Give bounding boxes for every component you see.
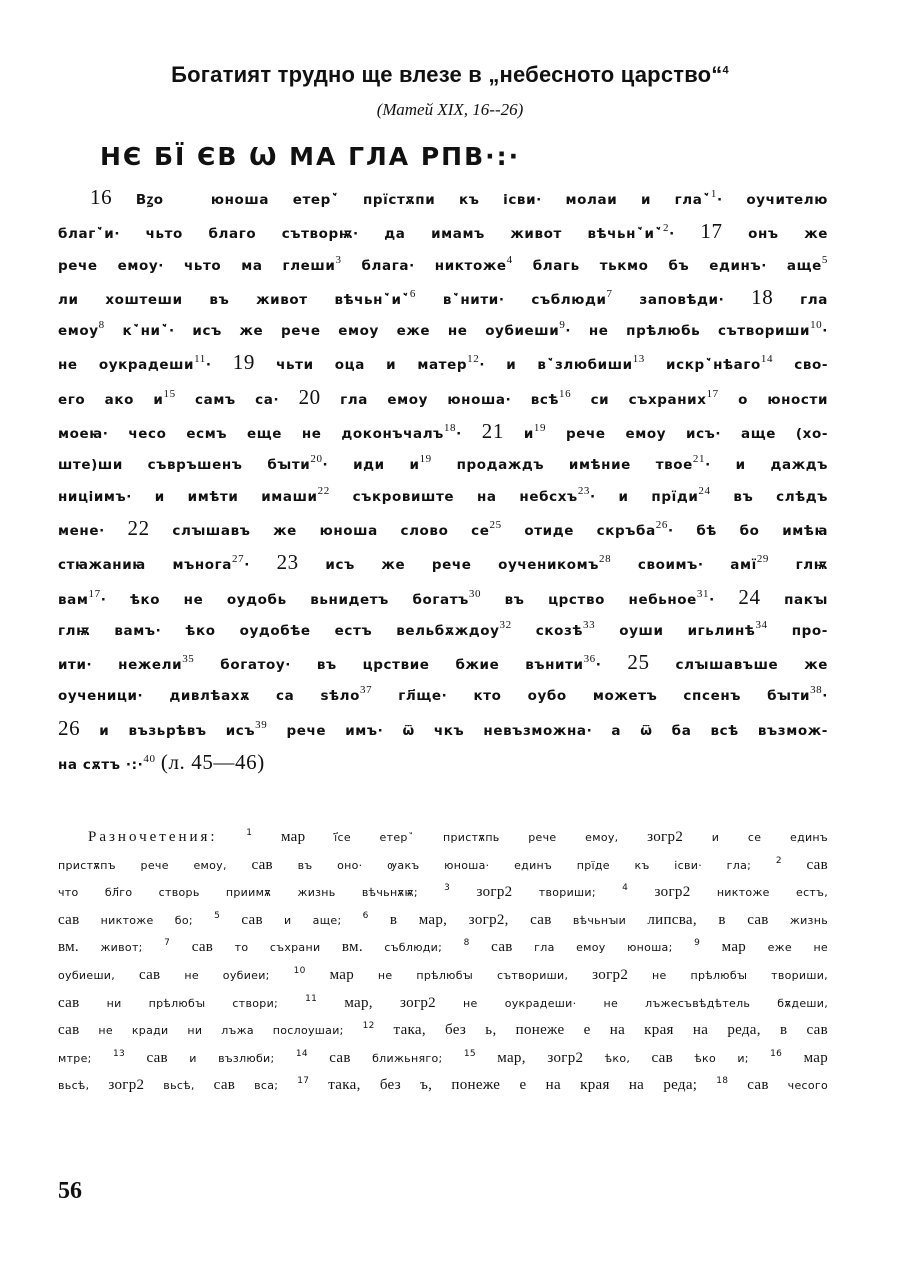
text-line: емоу8 кꙿниꙿ· исъ же рече емоу еже не оуб… <box>58 316 828 347</box>
variant-readings-apparatus: Разночетения: 1 мар і҃се етерꙿ пристѫпь … <box>58 824 828 1100</box>
variant-line: пристѫпъ рече емоу, сав въ оно· ѹакъ юно… <box>58 852 828 880</box>
variant-line: сав ни прѣлюбꙑ створи; 11 мар, зогр2 не … <box>58 990 828 1018</box>
page-title: Богатият трудно ще влезе в „небесното ца… <box>0 62 900 88</box>
variant-line: сав не кради ни лъжа послоушаи; 12 така,… <box>58 1017 828 1045</box>
text-line: ште)ши съвръшенъ бꙑти20· иди и19 продажд… <box>58 450 828 481</box>
variant-line: Разночетения: 1 мар і҃се етерꙿ пристѫпь … <box>58 824 828 852</box>
title-text: Богатият трудно ще влезе в „небесното ца… <box>171 62 722 87</box>
variant-line: вм. живот; 7 сав то съхрани вм. съблюди;… <box>58 934 828 962</box>
document-page: Богатият трудно ще влезе в „небесното ца… <box>0 0 900 1274</box>
text-line: вам17· ѣко не оудобь вьнидетъ богатъ30 в… <box>58 582 828 616</box>
text-line: не оукрадеши11· 19 чьти оца и матер12· и… <box>58 347 828 381</box>
text-line: глѭ вамъ· ѣко оудобѣе естъ вельбѫждоу32 … <box>58 616 828 647</box>
variant-line: что бл҃го створь приимѫ жизнь вѣчьнѫѭ; 3… <box>58 879 828 907</box>
text-line: оученици· дивлѣахѫ са ѕѣло37 гл҃ще· кто … <box>58 681 828 712</box>
variant-line: вьсѣ, зогр2 вьсѣ, сав вса; 17 така, без … <box>58 1072 828 1100</box>
text-line: ити· нежели35 богатоу· въ црствие бжие в… <box>58 647 828 681</box>
title-footnote-marker: 4 <box>723 65 729 77</box>
text-line: стꙗжаниꙗ мънога27· 23 исъ же рече оучени… <box>58 547 828 581</box>
page-number: 56 <box>58 1178 82 1205</box>
text-line: ниціимъ· и имѣти имаши22 съкровиште на н… <box>58 482 828 513</box>
text-line: рече емоу· чьто ма глеши3 блага· никтоже… <box>58 251 828 282</box>
scripture-reference: (Матей XIX, 16--26) <box>0 100 900 120</box>
church-slavonic-text: 16 Вꙁо юноша етерꙿ прїстѫпи къ ісви· мол… <box>58 182 828 781</box>
church-slavonic-heading: НЄ БЇ ЄВ Ѡ МА ГЛА РПВ·:· <box>100 142 520 171</box>
variant-line: мтре; 13 сав и възлюби; 14 сав ближьняго… <box>58 1045 828 1073</box>
text-line: 16 Вꙁо юноша етерꙿ прїстѫпи къ ісви· мол… <box>58 182 828 216</box>
variant-line: оубиеши, сав не оубиеи; 10 мар не прѣлюб… <box>58 962 828 990</box>
text-line: его ако и15 самъ са· 20 гла емоу юноша· … <box>58 382 828 416</box>
variant-line: сав никтоже бо; 5 сав и аще; 6 в мар, зо… <box>58 907 828 935</box>
text-line: моеꙗ· чесо есмъ еще не доконъчалъ18· 21 … <box>58 416 828 450</box>
text-line: ли хоштеши въ живот вѣчьнꙿиꙿ6 вꙿнити· съ… <box>58 282 828 316</box>
text-line: мене· 22 слꙑшавъ же юноша слово се25 оти… <box>58 513 828 547</box>
text-line: 26 и възьрѣвъ исъ39 рече имъ· ѿ чкъ невъ… <box>58 713 828 747</box>
text-line: на сѫтъ ·:·40 (л. 45—46) <box>58 747 828 781</box>
text-line: благꙿи· чьто благо сътворѭ· да имамъ жив… <box>58 216 828 250</box>
